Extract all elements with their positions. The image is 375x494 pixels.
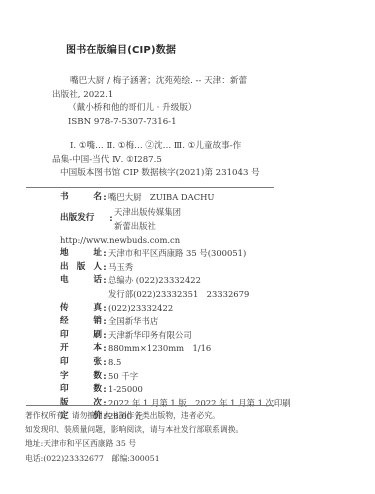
value-sheets: 8.5 [108,356,121,370]
notice-quality: 如发现印、装质量问题，影响阅读，请与本社发行部联系调换。 [25,423,355,437]
value-book-name: 嘴巴大厨 ZUIBA DACHU [108,191,214,205]
cip-heading: 图书在版编目(CIP)数据 [66,41,176,56]
row-sheets: 印 张 : 8.5 [60,356,360,370]
value-publisher-person: 马玉秀 [108,261,133,275]
cip-data-number: 中国版本图书馆 CIP 数据核字(2021)第 231043 号 [60,166,260,178]
value-publisher-house: 新蕾出版社 [114,219,181,233]
divider-bottom [26,405,274,406]
notice-rights: 著作权所有，请勿擅用本书制作各类出版物，违者必究。 [25,409,355,423]
row-book-name: 书 名 : 嘴巴大厨 ZUIBA DACHU [60,191,360,205]
cip-class-line-1: Ⅰ. ①嘴… Ⅱ. ①梅… ②沈… Ⅲ. ①儿童故事-作 [52,140,282,154]
cip-record: 嘴巴大厨 / 梅子涵著；沈苑苑绘. -- 天津：新蕾 出版社, 2022.1 （… [52,75,262,129]
row-format: 开 本 : 880mm×1230mm 1/16 [60,342,360,356]
row-print-run: 印 数 : 1-25000 [60,383,360,397]
value-address: 天津市和平区西康路 35 号(300051) [108,247,246,261]
value-word-count: 50 千字 [108,370,138,384]
label-book-name: 书 名 [60,191,102,205]
cip-publisher-line: 出版社, 2022.1 [52,89,262,103]
row-publisher: 出版发行 : 天津出版传媒集团 新蕾出版社 [60,205,360,234]
row-printer: 印 刷 : 天津新华印务有限公司 [60,329,360,343]
value-phone-editorial: 总编办 (022)23332422 [108,274,201,288]
row-fax: 传 真 : (022)23332422 [60,302,360,316]
notice-phone: 电话:(022)23332677 邮编:300051 [25,452,355,466]
notice-address: 地址:天津市和平区西康路 35 号 [25,437,355,451]
value-print-run: 1-25000 [108,383,143,397]
value-printer: 天津新华印务有限公司 [108,329,192,343]
cip-isbn-line: ISBN 978-7-5307-7316-1 [52,116,262,130]
row-address: 地 址 : 天津市和平区西康路 35 号(300051) [60,247,360,261]
label-publisher: 出版发行 [60,212,108,226]
value-phone-sales: 发行部(022)23332351 23332679 [60,288,360,302]
row-phone: 电 话 : 总编办 (022)23332422 [60,274,360,288]
publisher-url: http://www.newbuds.com.cn [60,234,360,248]
value-fax: (022)23332422 [108,302,173,316]
copyright-page: 图书在版编目(CIP)数据 嘴巴大厨 / 梅子涵著；沈苑苑绘. -- 天津：新蕾… [0,0,375,494]
value-distributor: 全国新华书店 [108,315,158,329]
colophon: 书 名 : 嘴巴大厨 ZUIBA DACHU 出版发行 : 天津出版传媒集团 新… [60,191,360,424]
row-distributor: 经 销 : 全国新华书店 [60,315,360,329]
copyright-notice: 著作权所有，请勿擅用本书制作各类出版物，违者必究。 如发现印、装质量问题，影响阅… [25,409,355,466]
cip-classification: Ⅰ. ①嘴… Ⅱ. ①梅… ②沈… Ⅲ. ①儿童故事-作 品集-中国-当代 Ⅳ.… [52,140,282,167]
value-format: 880mm×1230mm 1/16 [108,342,211,356]
value-publisher-group: 天津出版传媒集团 [114,205,181,219]
divider-top [26,187,274,188]
cip-series-line: （戴小桥和他的哥们儿 · 升级版） [52,102,262,116]
row-word-count: 字 数 : 50 千字 [60,370,360,384]
row-publisher-person: 出 版 人 : 马玉秀 [60,261,360,275]
cip-author-line: 嘴巴大厨 / 梅子涵著；沈苑苑绘. -- 天津：新蕾 [52,75,262,89]
